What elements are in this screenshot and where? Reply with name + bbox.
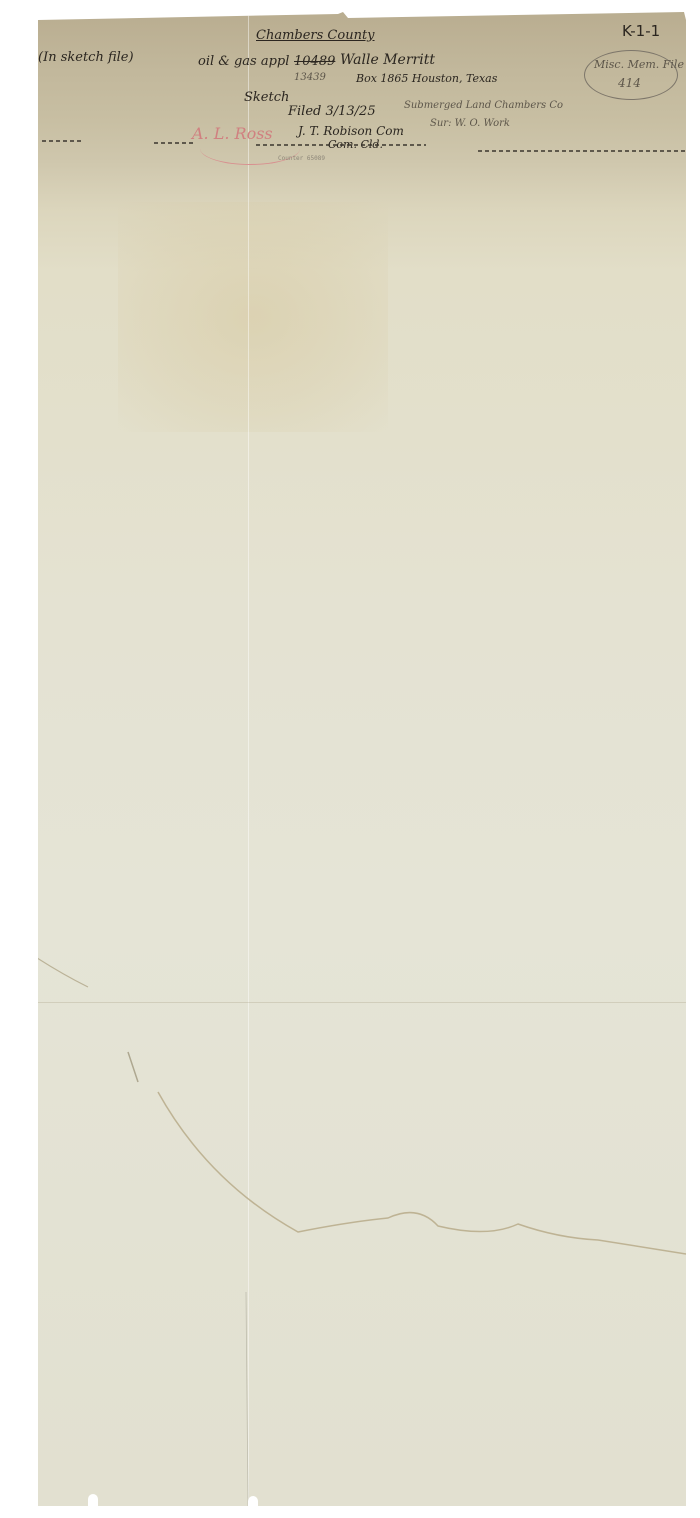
subject-note: Submerged Land Chambers Co bbox=[404, 100, 563, 111]
applicant-name: Walle Merritt bbox=[340, 52, 435, 68]
county-heading: Chambers County bbox=[256, 28, 375, 43]
struck-number: 10489 bbox=[294, 54, 335, 69]
counter-stamp: Counter 65089 bbox=[278, 155, 325, 162]
filed-date: Filed 3/13/25 bbox=[288, 104, 376, 119]
vertical-fold-line bbox=[248, 12, 249, 1506]
oval-note-line1: Misc. Mem. File bbox=[594, 58, 684, 71]
surveyor-note: Sur: W. O. Work bbox=[430, 118, 510, 129]
commissioner-note: J. T. Robison Com bbox=[298, 124, 404, 138]
catalog-code: K-1-1 bbox=[622, 22, 660, 40]
faded-ink-mark bbox=[154, 142, 194, 144]
oval-note-line2: 414 bbox=[618, 76, 641, 90]
file-type: oil & gas appl bbox=[198, 54, 289, 69]
faded-ink-mark bbox=[42, 140, 82, 142]
sketch-label: Sketch bbox=[244, 90, 289, 105]
document-page: (In sketch file) Chambers County oil & g… bbox=[38, 12, 686, 1506]
file-note: (In sketch file) bbox=[38, 50, 134, 65]
application-number: 13439 bbox=[294, 72, 326, 83]
faded-ink-line bbox=[256, 144, 426, 146]
edge-notch bbox=[88, 1494, 98, 1506]
water-stain bbox=[118, 202, 388, 432]
edge-notch bbox=[248, 1496, 258, 1508]
applicant-address: Box 1865 Houston, Texas bbox=[356, 72, 497, 85]
faded-ink-line bbox=[478, 150, 686, 152]
horizontal-fold-line bbox=[38, 1002, 686, 1003]
